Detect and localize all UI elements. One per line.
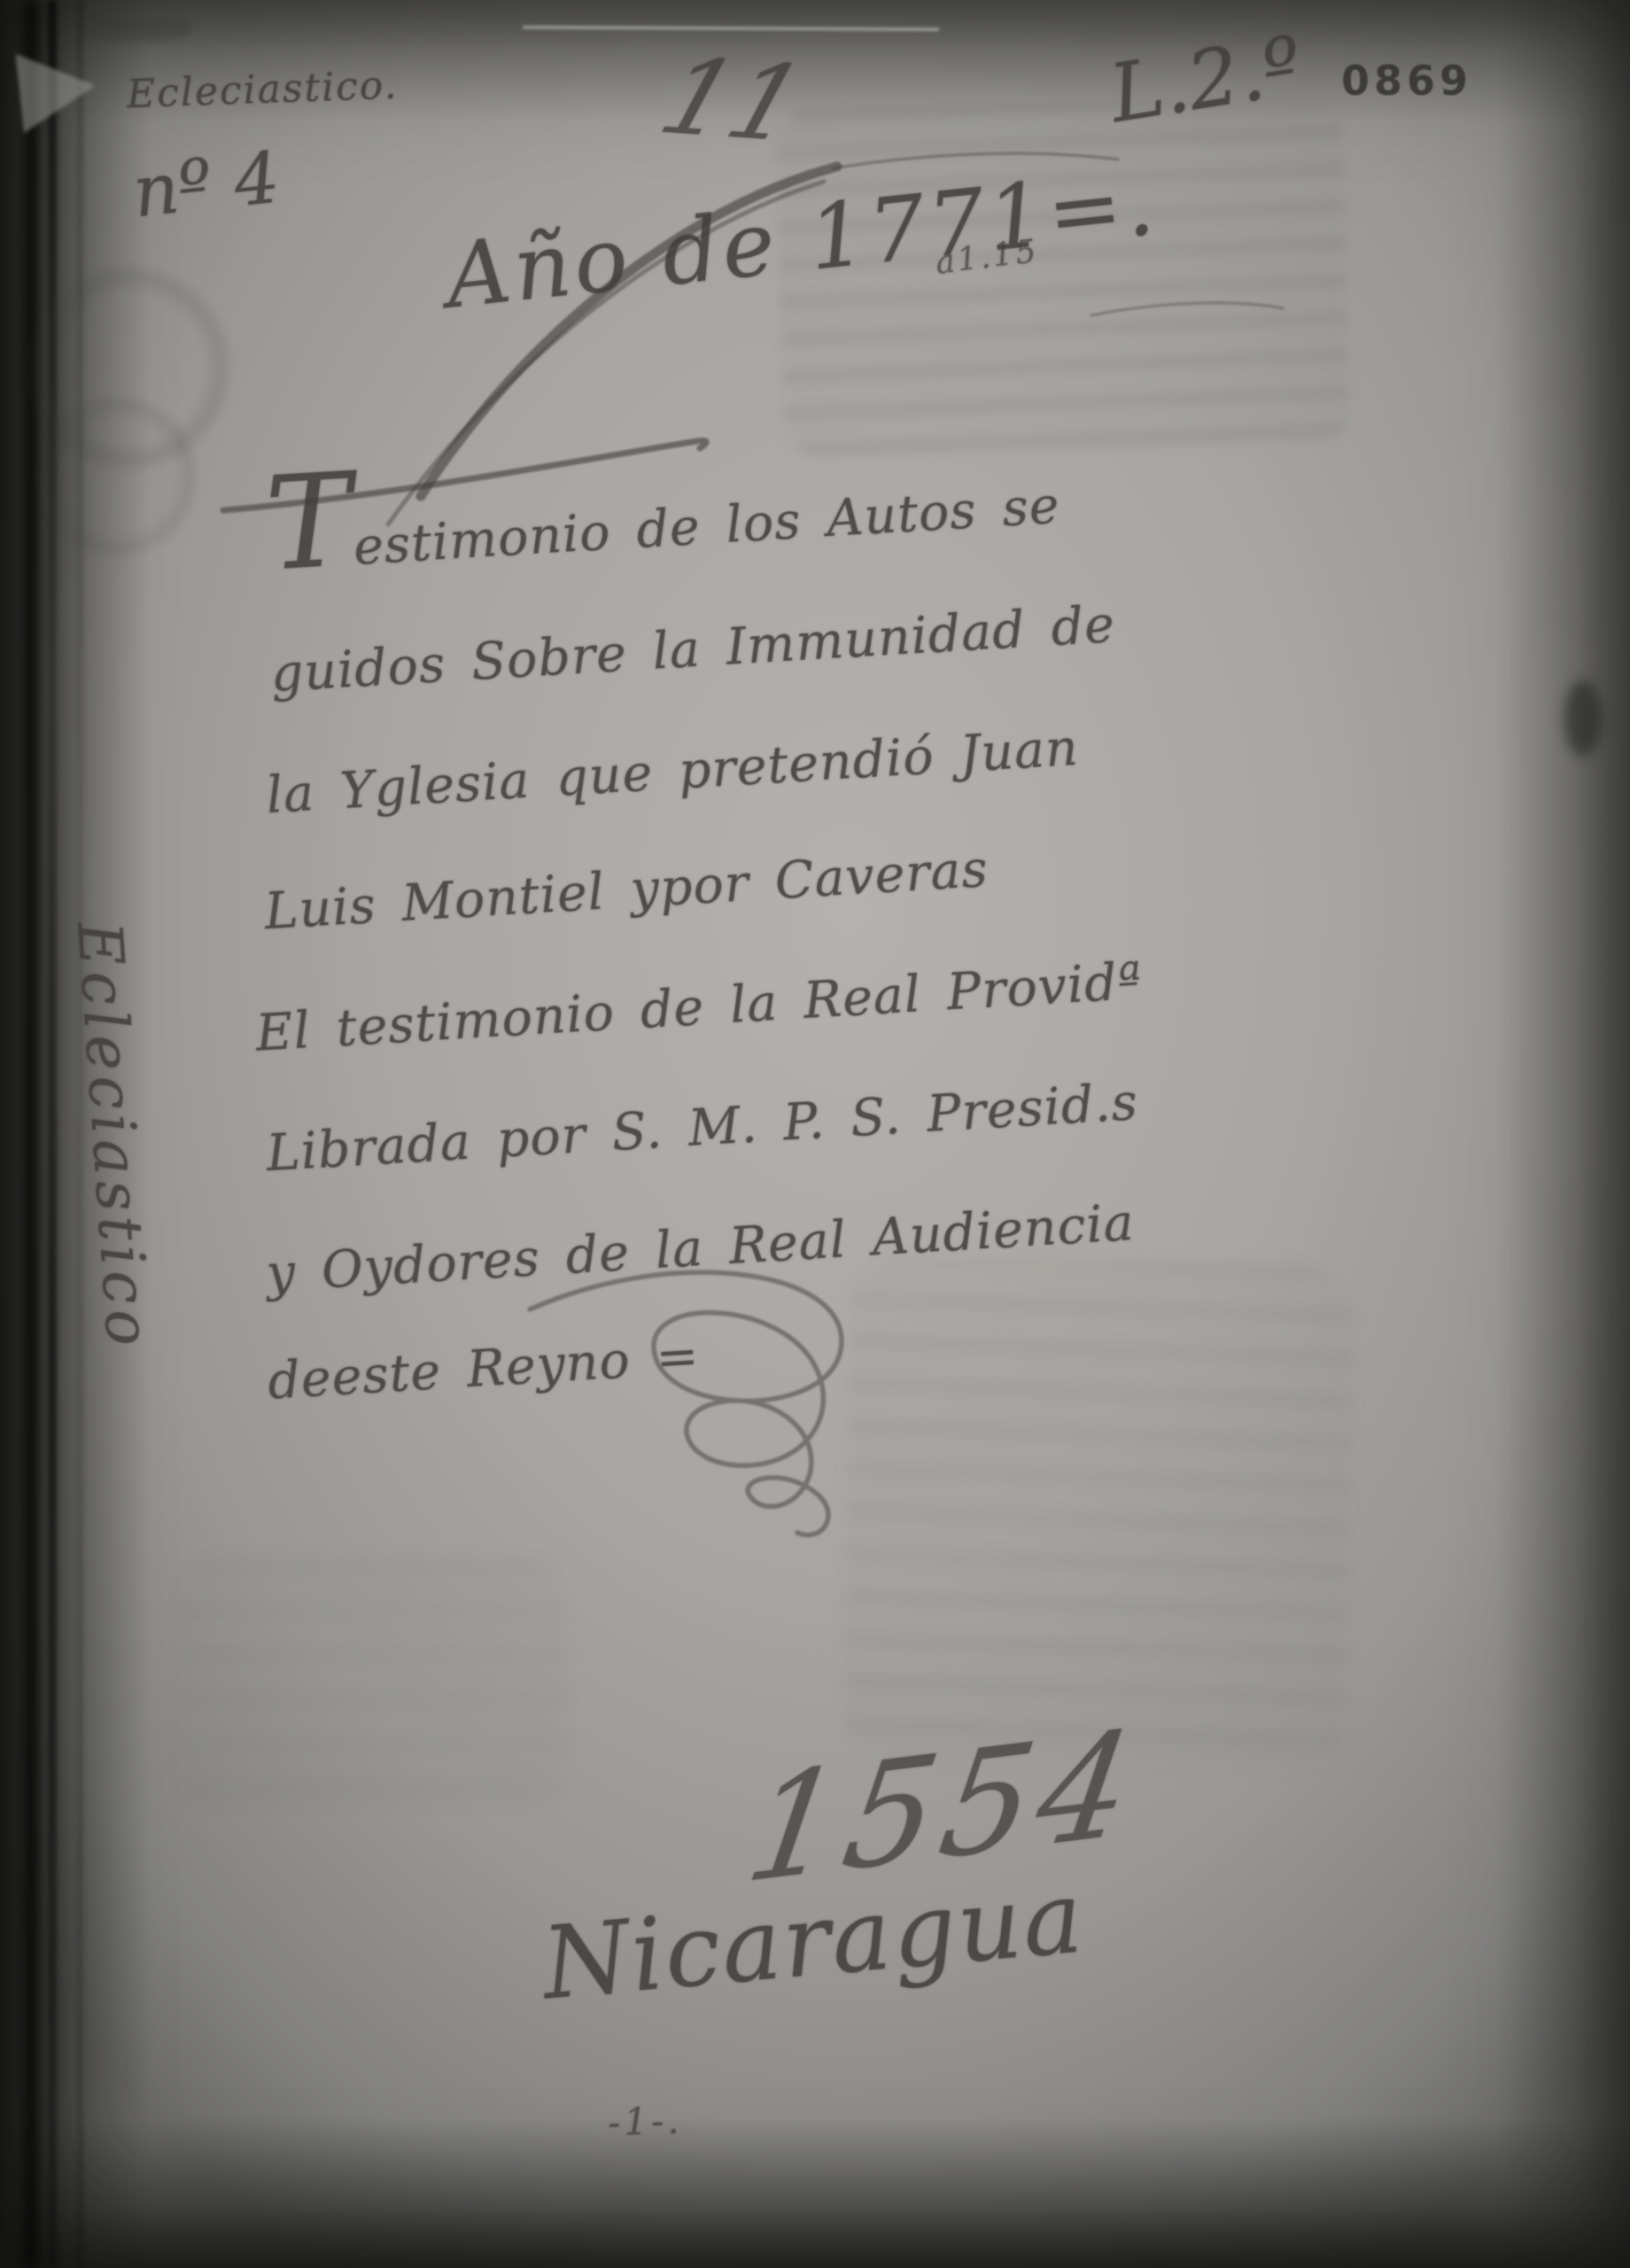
scan-scratch <box>523 26 939 31</box>
page-corner-marker-icon <box>16 46 100 133</box>
body-line: Librada por S. M. P. S. Presid.s <box>265 1073 1140 1183</box>
legajo-mark: L.2.º <box>1104 19 1308 142</box>
manuscript-page: Ecleciastico. nº 4 11 Año de 1771=. L.2.… <box>0 0 1630 2268</box>
body-line: la Yglesia que pretendió Juan <box>265 718 1081 825</box>
body-line: y Oydores de la Real Audiencia <box>265 1193 1136 1303</box>
note-underline <box>1091 303 1283 315</box>
folio-number: 11 <box>647 35 819 165</box>
expediente-number: nº 4 <box>129 136 283 234</box>
classification-label: Ecleciastico. <box>126 63 399 118</box>
body-line: guidos Sobre la Immunidad de <box>269 595 1117 703</box>
edge-blotch <box>1564 680 1602 757</box>
province-label: Nicaragua <box>538 1860 1088 2023</box>
body-line: El testimonio de la Real Providª <box>254 951 1144 1062</box>
seal-bleed-stain <box>35 394 199 558</box>
ink-bleedthrough <box>842 1258 1355 1772</box>
year-heading: Año de 1771=. <box>441 151 1161 329</box>
faded-scribble <box>84 18 190 41</box>
rubric-flourish <box>530 1272 842 1534</box>
body-line: Testimonio de los Autos se <box>263 431 1061 582</box>
page-number-footer: -1-. <box>607 2099 683 2145</box>
body-line: deeste Reyno = <box>266 1327 701 1411</box>
body-line: Luis Montiel ypor Caveras <box>263 840 990 941</box>
archive-stamp-number: 0869 <box>1341 57 1472 105</box>
ink-bleedthrough <box>177 1559 567 1807</box>
